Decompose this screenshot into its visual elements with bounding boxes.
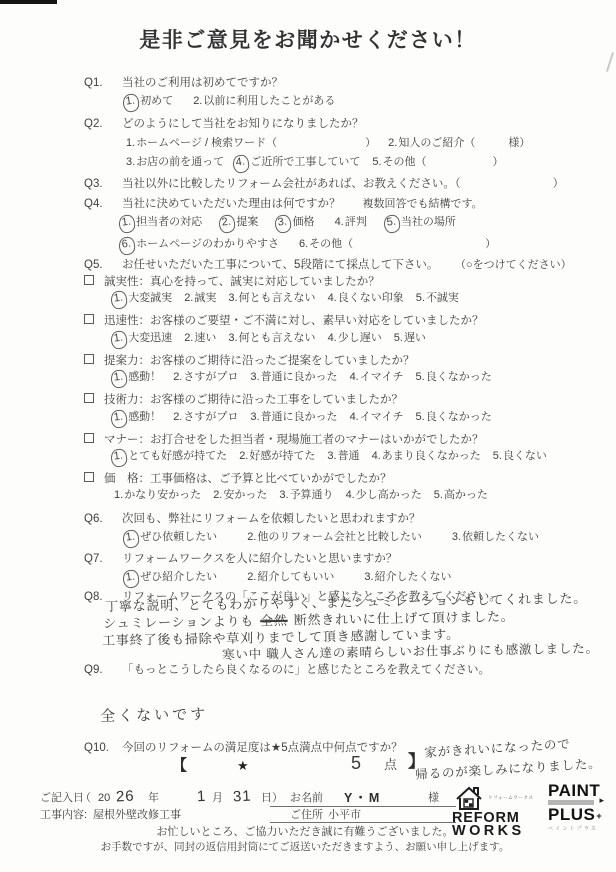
option-text: イマイチ bbox=[360, 371, 404, 383]
option-text: 少し高かった bbox=[356, 489, 422, 501]
option-number: 5. bbox=[493, 450, 502, 464]
option-number: 2. bbox=[247, 571, 256, 585]
q2-question: どのようにして当社をお知りになりましたか？ bbox=[122, 117, 364, 131]
option-number: 3. bbox=[274, 214, 292, 234]
q2-options-row2: 3.お店の前を通って4.ご近所で工事していて5.その他（ ） bbox=[126, 156, 516, 170]
checkbox-icon bbox=[84, 275, 94, 285]
q5-category-label: 技術力：お客様のご期待に沿った工事をしていましたか？ bbox=[104, 394, 403, 406]
q6-question: 次回も、弊社にリフォームを依頼したいと思われますか？ bbox=[122, 512, 420, 526]
option-number: 2. bbox=[173, 371, 182, 385]
option-text: 遅い bbox=[404, 332, 426, 344]
option-number: 4. bbox=[372, 450, 381, 464]
option-number: 2. bbox=[173, 411, 182, 425]
option-number: 2. bbox=[239, 450, 248, 464]
option-number: 4. bbox=[350, 411, 359, 425]
option-number: 1. bbox=[110, 409, 128, 429]
q5-item: 技術力：お客様のご期待に沿った工事をしていましたか？ 1.感動！2.さすがプロ3… bbox=[84, 393, 559, 432]
option-text: 大変迅速 bbox=[128, 332, 172, 344]
survey-option: 3.依頼したくない bbox=[452, 531, 539, 545]
q1-label: Q1. bbox=[84, 76, 103, 90]
option-text: 何とも言えない bbox=[239, 332, 316, 344]
option-number: 3. bbox=[250, 411, 259, 425]
option-number: 3. bbox=[364, 571, 373, 585]
name-honorific: 様 bbox=[428, 792, 439, 806]
survey-option: 3.何とも言えない bbox=[228, 292, 315, 306]
option-text: 提案 bbox=[236, 216, 258, 228]
option-text: 知人のご紹介（ 様） bbox=[398, 137, 530, 149]
option-text: 良くない印象 bbox=[338, 292, 404, 304]
q9-question: 「もっとこうしたら良くなるのに」と感じたところを教えてください。 bbox=[122, 663, 490, 677]
q1-options: 1.初めて2.以前に利用したことがある bbox=[126, 95, 355, 109]
survey-option: 4.少し高かった bbox=[346, 489, 422, 503]
q2-label: Q2. bbox=[84, 117, 103, 131]
date-day-handwritten: 31 bbox=[233, 788, 253, 808]
option-number: 2. bbox=[213, 489, 222, 503]
option-number: 4. bbox=[328, 292, 337, 306]
date-month-handwritten: 1 bbox=[197, 788, 207, 807]
option-number: 2. bbox=[184, 332, 193, 346]
option-number: 6. bbox=[299, 238, 308, 252]
date-day-close: 日） bbox=[261, 792, 283, 806]
survey-option: 4.少し遅い bbox=[328, 332, 382, 346]
q4-options-row2: 6.ホームページのわかりやすさ6.その他（ ） bbox=[122, 238, 516, 252]
survey-option: 2.好感が持てた bbox=[239, 450, 315, 464]
reform-logo-katakana: リフォームワークス bbox=[488, 795, 534, 801]
survey-option: 1.ぜひ依頼したい bbox=[126, 531, 217, 545]
q9-label: Q9. bbox=[84, 663, 103, 677]
q5-category-row: 技術力：お客様のご期待に沿った工事をしていましたか？ bbox=[84, 393, 559, 407]
survey-option: 1.大変誠実 bbox=[114, 292, 172, 306]
hw2-after: 断然きれいに仕上げて頂けました。 bbox=[294, 609, 515, 628]
survey-option: 2.誠実 bbox=[184, 292, 216, 306]
survey-option: 5.良くなかった bbox=[416, 411, 492, 425]
option-text: とても好感が持てた bbox=[128, 450, 227, 462]
option-number: 1. bbox=[110, 448, 128, 468]
survey-option: 2.知人のご紹介（ 様） bbox=[388, 137, 530, 151]
arrow-right-icon: ▸ bbox=[599, 795, 604, 806]
checkbox-icon bbox=[84, 433, 94, 443]
option-text: 良くなかった bbox=[426, 411, 492, 423]
name-label: お名前 bbox=[290, 792, 323, 806]
q8-label: Q8. bbox=[84, 590, 103, 604]
q5-item: 誠実性：真心を持って、誠実に対応していましたか？ 1.大変誠実2.誠実3.何とも… bbox=[84, 275, 559, 314]
option-number: 5. bbox=[372, 156, 381, 170]
paint-logo-katakana: ペイントプラス bbox=[548, 826, 602, 832]
q5-items: 誠実性：真心を持って、誠実に対応していましたか？ 1.大変誠実2.誠実3.何とも… bbox=[84, 275, 559, 511]
q7-label: Q7. bbox=[84, 552, 103, 566]
date-label: ご記入日 bbox=[40, 792, 84, 806]
survey-option: 3.価格 bbox=[278, 216, 314, 230]
option-text: 良くなかった bbox=[426, 371, 492, 383]
survey-option: 6.ホームページのわかりやすさ bbox=[122, 238, 279, 252]
survey-option: 3.普通 bbox=[327, 450, 359, 464]
q4-question: 当社に決めていただいた理由は何ですか？ bbox=[122, 198, 341, 210]
option-text: 感動！ bbox=[128, 411, 161, 423]
option-number: 5. bbox=[416, 371, 425, 385]
option-text: かなり安かった bbox=[124, 489, 201, 501]
survey-option: 4.良くない印象 bbox=[328, 292, 404, 306]
survey-option: 4.イマイチ bbox=[350, 371, 404, 385]
survey-option: 2.速い bbox=[184, 332, 216, 346]
q4-question-row: 当社に決めていただいた理由は何ですか？複数回答でも結構です。 bbox=[122, 197, 483, 212]
option-number: 1. bbox=[118, 214, 136, 234]
house-icon bbox=[452, 786, 486, 811]
option-text: 何とも言えない bbox=[239, 292, 316, 304]
q5-item: 価 格：工事価格は、ご予算と比べていかがでしたか？ 1.かなり安かった2.安かっ… bbox=[84, 472, 559, 511]
survey-option: 5.当社の場所 bbox=[387, 216, 456, 230]
date-century: 20 bbox=[98, 792, 110, 806]
address-label: ご住所 bbox=[290, 809, 323, 823]
hw2-struck-word: 全然 bbox=[260, 613, 288, 628]
survey-option: 2.安かった bbox=[213, 489, 267, 503]
survey-option: 1.ホームページ / 検索ワード（ ） bbox=[126, 137, 376, 151]
survey-option: 4.あまり良くなかった bbox=[372, 450, 481, 464]
option-number: 5. bbox=[434, 489, 443, 503]
name-value: Y・M bbox=[344, 791, 381, 807]
survey-option: 3.普通に良かった bbox=[250, 371, 337, 385]
option-number: 3. bbox=[279, 489, 288, 503]
q4-note: 複数回答でも結構です。 bbox=[363, 198, 483, 210]
option-text: 紹介してもいい bbox=[257, 571, 334, 583]
option-number: 3. bbox=[327, 450, 336, 464]
option-text: 良くない bbox=[503, 450, 547, 462]
option-text: イマイチ bbox=[360, 411, 404, 423]
q5-question: お任せいただいた工事について、5段階にて採点して下さい。 bbox=[122, 259, 438, 271]
paint-logo-line1: PAINT bbox=[548, 783, 602, 798]
survey-option: 3.予算通り bbox=[279, 489, 333, 503]
q5-option-row: 1.かなり安かった2.安かった3.予算通り4.少し高かった5.高かった bbox=[114, 489, 559, 503]
option-text: 好感が持てた bbox=[249, 450, 315, 462]
survey-option: 3.お店の前を通って bbox=[126, 156, 224, 170]
q5-label: Q5. bbox=[84, 258, 103, 272]
q5-option-row: 1.感動！2.さすがプロ3.普通に良かった4.イマイチ5.良くなかった bbox=[114, 411, 559, 425]
survey-option: 1.感動！ bbox=[114, 411, 161, 425]
survey-option: 2.他のリフォーム会社と比較したい bbox=[247, 531, 422, 545]
option-text: 安かった bbox=[223, 489, 267, 501]
survey-option: 2.以前に利用したことがある bbox=[193, 95, 335, 109]
q5-category-row: 迅速性：お客様のご要望・ご不満に対し、素早い対応をしていましたか？ bbox=[84, 314, 559, 328]
option-number: 4. bbox=[346, 489, 355, 503]
option-number: 4. bbox=[350, 371, 359, 385]
option-text: 誠実 bbox=[194, 292, 216, 304]
q4-label: Q4. bbox=[84, 197, 103, 211]
survey-option: 5.遅い bbox=[394, 332, 426, 346]
address-value: 小平市 bbox=[328, 809, 361, 823]
option-text: 速い bbox=[194, 332, 216, 344]
option-text: ご近所で工事していて bbox=[250, 156, 360, 168]
option-number: 5. bbox=[416, 292, 425, 306]
survey-option: 5.不誠実 bbox=[416, 292, 459, 306]
q5-option-row: 1.感動！2.さすがプロ3.普通に良かった4.イマイチ5.良くなかった bbox=[114, 371, 559, 385]
option-text: 感動！ bbox=[128, 371, 161, 383]
option-number: 1. bbox=[114, 489, 123, 503]
survey-option: 4.評判 bbox=[335, 216, 367, 230]
survey-option: 1.とても好感が持てた bbox=[114, 450, 227, 464]
option-text: 初めて bbox=[140, 95, 173, 107]
q5-category-row: 誠実性：真心を持って、誠実に対応していましたか？ bbox=[84, 275, 559, 289]
option-number: 1. bbox=[110, 330, 128, 350]
q5-option-row: 1.大変誠実2.誠実3.何とも言えない4.良くない印象5.不誠実 bbox=[114, 292, 559, 306]
survey-option: 4.イマイチ bbox=[350, 411, 404, 425]
checkbox-icon bbox=[84, 314, 94, 324]
date-paren-open: （ bbox=[80, 792, 91, 806]
scan-artifact-right-edge bbox=[606, 52, 614, 72]
reform-logo-line2: WORKS bbox=[452, 824, 552, 838]
score-bracket-open: 【 bbox=[172, 757, 187, 776]
option-number: 3. bbox=[452, 531, 461, 545]
survey-option: 1.かなり安かった bbox=[114, 489, 201, 503]
survey-option: 2.紹介してもいい bbox=[247, 571, 334, 585]
q3-question: 当社以外に比較したリフォーム会社があれば、お教えください。（ ） bbox=[122, 177, 564, 191]
option-text: 大変誠実 bbox=[128, 292, 172, 304]
q5-category-label: 迅速性：お客様のご要望・ご不満に対し、素早い対応をしていましたか？ bbox=[104, 315, 484, 327]
checkbox-icon bbox=[84, 472, 94, 482]
q2-options-row1: 1.ホームページ / 検索ワード（ ）2.知人のご紹介（ 様） bbox=[126, 137, 542, 151]
option-number: 1. bbox=[122, 569, 140, 589]
q5-item: マナー：お打合せをした担当者・現場施工者のマナーはいかがでしたか？ 1.とても好… bbox=[84, 433, 559, 472]
score-unit: 点 bbox=[384, 757, 397, 773]
name-underline bbox=[270, 806, 456, 807]
option-text: 高かった bbox=[444, 489, 488, 501]
survey-option: 1.担当者の対応 bbox=[122, 216, 202, 230]
option-number: 3. bbox=[228, 332, 237, 346]
q5-category-label: 誠実性：真心を持って、誠実に対応していましたか？ bbox=[104, 276, 380, 288]
option-text: 当社の場所 bbox=[401, 216, 456, 228]
q5-category-row: 提案力：お客様のご期待に沿ったご提案をしていましたか？ bbox=[84, 354, 559, 368]
option-text: 紹介したくない bbox=[375, 571, 452, 583]
survey-option: 3.何とも言えない bbox=[228, 332, 315, 346]
option-text: 予算通り bbox=[290, 489, 334, 501]
option-text: 少し遅い bbox=[338, 332, 382, 344]
score-handwritten: 5 bbox=[351, 752, 362, 775]
reform-logo-head: リフォームワークス bbox=[452, 786, 552, 811]
thanks-line2: お手数ですが、同封の返信用封筒にてご返送いただきますよう、お願い申し上げます。 bbox=[60, 841, 550, 854]
q9-handwritten-answer: 全くないです bbox=[100, 706, 208, 727]
checkbox-icon bbox=[84, 393, 94, 403]
option-number: 4. bbox=[232, 154, 250, 174]
option-text: ぜひ依頼したい bbox=[140, 531, 217, 543]
option-text: 普通に良かった bbox=[261, 371, 338, 383]
survey-option: 5.良くなかった bbox=[416, 371, 492, 385]
paint-logo-plus-word: PLUS bbox=[548, 805, 595, 824]
option-number: 2. bbox=[388, 137, 397, 151]
q10-label: Q10. bbox=[84, 741, 109, 755]
paint-plus-logo: PAINT ▸ PLUS+ ペイントプラス bbox=[548, 783, 602, 832]
scan-artifact-top-left bbox=[0, 0, 57, 4]
reform-works-logo: リフォームワークス REFORM WORKS bbox=[452, 786, 552, 838]
survey-option: 1.感動！ bbox=[114, 371, 161, 385]
q7-options: 1.ぜひ紹介したい2.紹介してもいい3.紹介したくない bbox=[126, 571, 482, 585]
survey-option: 5.高かった bbox=[434, 489, 488, 503]
q10-handwritten-note2: 帰るのが楽しみになりました。 bbox=[415, 757, 602, 784]
option-text: さすがプロ bbox=[183, 411, 238, 423]
paint-logo-line2: PLUS+ bbox=[548, 807, 602, 824]
option-text: 他のリフォーム会社と比較したい bbox=[257, 531, 421, 543]
option-text: 不誠実 bbox=[426, 292, 459, 304]
q5-note: （○をつけてください） bbox=[460, 259, 571, 271]
option-text: その他（ ） bbox=[309, 238, 496, 250]
option-text: あまり良くなかった bbox=[382, 450, 481, 462]
work-value: 屋根外壁改修工事 bbox=[93, 809, 181, 823]
q5-category-label: 価 格：工事価格は、ご予算と比べていかがでしたか？ bbox=[104, 473, 392, 485]
plus-icon: + bbox=[596, 811, 602, 821]
survey-option: 6.その他（ ） bbox=[299, 238, 496, 252]
address-underline bbox=[270, 822, 456, 823]
survey-option: 5.その他（ ） bbox=[372, 156, 503, 170]
hw2-before: シュミレーションよりも bbox=[103, 613, 254, 631]
star-icon: ★ bbox=[237, 758, 249, 774]
q10-handwritten-note1: 家がきれいになったので bbox=[424, 737, 571, 762]
survey-form-scan: 是非ご意見をお聞かせください！ Q1. 当社のご利用は初めてですか？ 1.初めて… bbox=[0, 0, 616, 872]
q5-question-row: お任せいただいた工事について、5段階にて採点して下さい。（○をつけてください） bbox=[122, 258, 572, 273]
q6-options: 1.ぜひ依頼したい2.他のリフォーム会社と比較したい3.依頼したくない bbox=[126, 531, 569, 545]
survey-option: 2.提案 bbox=[222, 216, 258, 230]
option-number: 4. bbox=[335, 216, 344, 230]
q5-category-label: 提案力：お客様のご期待に沿ったご提案をしていましたか？ bbox=[104, 355, 415, 367]
option-number: 1. bbox=[126, 137, 135, 151]
option-text: その他（ ） bbox=[383, 156, 504, 168]
option-number: 1. bbox=[122, 529, 140, 549]
date-year-handwritten: 26 bbox=[116, 788, 136, 808]
option-number: 2. bbox=[184, 292, 193, 306]
q5-option-row: 1.とても好感が持てた2.好感が持てた3.普通4.あまり良くなかった5.良くない bbox=[114, 450, 559, 464]
option-text: さすがプロ bbox=[183, 371, 238, 383]
date-month-unit: 月 bbox=[212, 792, 223, 806]
survey-option: 1.ぜひ紹介したい bbox=[126, 571, 217, 585]
option-text: 普通に良かった bbox=[261, 411, 338, 423]
survey-option: 3.紹介したくない bbox=[364, 571, 451, 585]
option-text: 評判 bbox=[345, 216, 367, 228]
option-text: 以前に利用したことがある bbox=[203, 95, 335, 107]
q3-label: Q3. bbox=[84, 177, 103, 191]
paint-logo-bar: ▸ bbox=[548, 800, 594, 805]
q7-question: リフォームワークスを人に紹介したいと思いますか？ bbox=[122, 552, 397, 566]
survey-option: 3.普通に良かった bbox=[250, 411, 337, 425]
option-number: 1. bbox=[110, 369, 128, 389]
option-number: 1. bbox=[122, 93, 140, 113]
option-number: 3. bbox=[228, 292, 237, 306]
q5-category-label: マナー：お打合せをした担当者・現場施工者のマナーはいかがでしたか？ bbox=[104, 434, 484, 446]
q4-options-row1: 1.担当者の対応2.提案3.価格4.評判5.当社の場所 bbox=[122, 216, 476, 230]
page-title: 是非ご意見をお聞かせください！ bbox=[0, 28, 616, 54]
option-text: ホームページ / 検索ワード（ ） bbox=[136, 137, 376, 149]
survey-option: 2.さすがプロ bbox=[173, 411, 238, 425]
survey-option: 1.初めて bbox=[126, 95, 173, 109]
checkbox-icon bbox=[84, 354, 94, 364]
option-text: 担当者の対応 bbox=[136, 216, 202, 228]
q5-category-row: 価 格：工事価格は、ご予算と比べていかがでしたか？ bbox=[84, 472, 559, 486]
option-number: 2. bbox=[193, 95, 202, 109]
option-number: 4. bbox=[328, 332, 337, 346]
q6-label: Q6. bbox=[84, 512, 103, 526]
q5-category-row: マナー：お打合せをした担当者・現場施工者のマナーはいかがでしたか？ bbox=[84, 433, 559, 447]
survey-option: 4.ご近所で工事していて bbox=[236, 156, 360, 170]
option-number: 3. bbox=[250, 371, 259, 385]
date-year-unit: 年 bbox=[148, 792, 159, 806]
option-number: 5. bbox=[416, 411, 425, 425]
option-text: ぜひ紹介したい bbox=[140, 571, 217, 583]
survey-option: 1.大変迅速 bbox=[114, 332, 172, 346]
q5-item: 迅速性：お客様のご要望・ご不満に対し、素早い対応をしていましたか？ 1.大変迅速… bbox=[84, 314, 559, 353]
work-label: 工事内容: bbox=[40, 809, 87, 823]
survey-option: 2.さすがプロ bbox=[173, 371, 238, 385]
option-text: ホームページのわかりやすさ bbox=[136, 238, 279, 250]
q5-item: 提案力：お客様のご期待に沿ったご提案をしていましたか？ 1.感動！2.さすがプロ… bbox=[84, 354, 559, 393]
option-number: 2. bbox=[247, 531, 256, 545]
option-number: 3. bbox=[126, 156, 135, 170]
q1-question: 当社のご利用は初めてですか？ bbox=[122, 76, 283, 90]
option-text: お店の前を通って bbox=[136, 156, 224, 168]
option-text: 価格 bbox=[293, 216, 315, 228]
option-text: 普通 bbox=[338, 450, 360, 462]
q5-option-row: 1.大変迅速2.速い3.何とも言えない4.少し遅い5.遅い bbox=[114, 332, 559, 346]
survey-option: 5.良くない bbox=[493, 450, 547, 464]
option-number: 6. bbox=[118, 236, 136, 256]
option-number: 5. bbox=[394, 332, 403, 346]
option-number: 5. bbox=[383, 214, 401, 234]
option-number: 2. bbox=[218, 214, 236, 234]
option-number: 1. bbox=[110, 290, 128, 310]
option-text: 依頼したくない bbox=[462, 531, 539, 543]
